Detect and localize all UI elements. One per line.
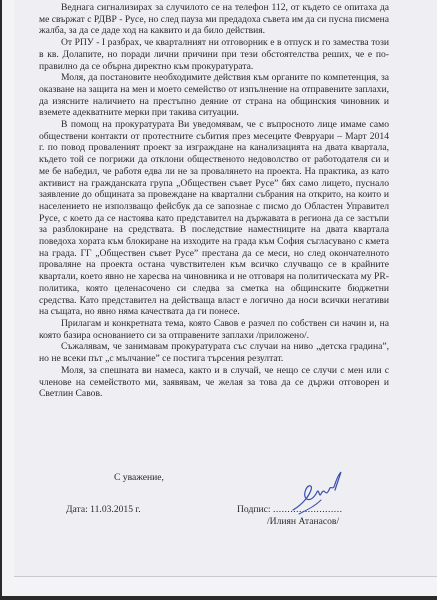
paragraph-1: Веднага сигнализирах за случилото се на …: [39, 2, 389, 37]
scanned-sheet: Веднага сигнализирах за случилото се на …: [2, 0, 437, 596]
signature-label: Подпис:: [237, 504, 271, 515]
closing-salutation: С уважение,: [114, 472, 164, 483]
date-line: Дата: 11.03.2015 г.: [66, 504, 141, 515]
paragraph-2: От РПУ - I разбрах, че кварталният ни от…: [39, 37, 389, 72]
paragraph-3: Моля, да постановите необходимите действ…: [39, 72, 389, 119]
paragraph-5: Прилагам и конкретната тема, която Савов…: [39, 318, 389, 341]
paragraph-4: В помощ на прокуратурата Ви уведомявам, …: [39, 119, 389, 318]
paragraph-6: Съжалявам, че занимавам прокуратурата съ…: [39, 341, 389, 364]
paragraph-7: Моля, за спешната ви намеса, както и в с…: [39, 365, 389, 400]
handwritten-signature-icon: [289, 470, 349, 518]
document-page: Веднага сигнализирах за случилото се на …: [14, 0, 437, 577]
letter-body: Веднага сигнализирах за случилото се на …: [39, 2, 389, 400]
